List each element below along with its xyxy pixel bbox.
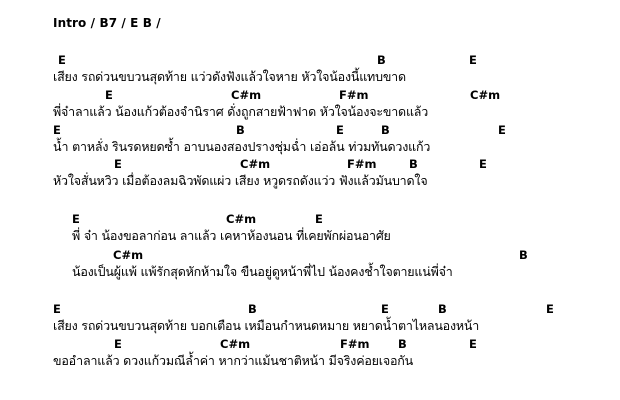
- chord-symbol: B: [519, 248, 528, 262]
- chord-symbol: E: [336, 123, 344, 137]
- chord-symbol: B: [377, 53, 386, 67]
- chord-symbol: C#m: [113, 248, 143, 262]
- chord-symbol: E: [114, 337, 122, 351]
- chord-symbol: C#m: [226, 212, 256, 226]
- lyric-line: หัวใจสั่นหวิว เมื่อต้องลมฉิวพัดแผ่ว เสีย…: [53, 171, 427, 191]
- intro-line: Intro / B7 / E B /: [53, 16, 161, 30]
- chord-symbol: E: [53, 302, 61, 316]
- chord-symbol: E: [469, 53, 477, 67]
- chord-symbol: C#m: [470, 88, 500, 102]
- chord-symbol: C#m: [220, 337, 250, 351]
- chord-symbol: C#m: [240, 157, 270, 171]
- chord-symbol: E: [105, 88, 113, 102]
- chord-symbol: B: [438, 302, 447, 316]
- lyric-line: น้องเป็นผู้แพ้ แพ้รักสุดหักห้ามใจ ขืนอยู…: [72, 262, 453, 282]
- lyric-line: เสียง รถด่วนขบวนสุดท้าย แว่วดังฟังแล้วใจ…: [53, 67, 406, 87]
- chord-symbol: B: [236, 123, 245, 137]
- chord-symbol: E: [58, 53, 66, 67]
- lyric-line: ขออำลาแล้ว ดวงแก้วมณีล้ำค่า หากว่าแม้นชา…: [53, 351, 413, 371]
- chord-symbol: B: [409, 157, 418, 171]
- chord-symbol: B: [248, 302, 257, 316]
- chord-symbol: E: [53, 123, 61, 137]
- lyric-line: พี่จ๋าลาแล้ว น้องแก้วต้องจำนิราศ ดั่งถูก…: [53, 102, 428, 122]
- chord-symbol: E: [469, 337, 477, 351]
- chord-symbol: F#m: [347, 157, 376, 171]
- chord-symbol: E: [381, 302, 389, 316]
- chord-symbol: E: [498, 123, 506, 137]
- chord-symbol: C#m: [231, 88, 261, 102]
- lyric-line: น้ำ ตาหลั่ง รินรดหยดซ้ำ อาบนองสองปรางชุ่…: [53, 137, 430, 157]
- lyric-line: พี่ จ๋า น้องขอลาก่อน ลาแล้ว เคหาห้องนอน …: [72, 226, 391, 246]
- chord-symbol: B: [398, 337, 407, 351]
- chord-symbol: B: [381, 123, 390, 137]
- chord-symbol: F#m: [339, 88, 368, 102]
- chord-symbol: E: [546, 302, 554, 316]
- chord-symbol: E: [315, 212, 323, 226]
- chord-symbol: E: [114, 157, 122, 171]
- chord-symbol: F#m: [340, 337, 369, 351]
- chord-symbol: E: [479, 157, 487, 171]
- lyric-line: เสียง รถด่วนขบวนสุดท้าย บอกเตือน เหมือนก…: [53, 316, 479, 336]
- chord-symbol: E: [72, 212, 80, 226]
